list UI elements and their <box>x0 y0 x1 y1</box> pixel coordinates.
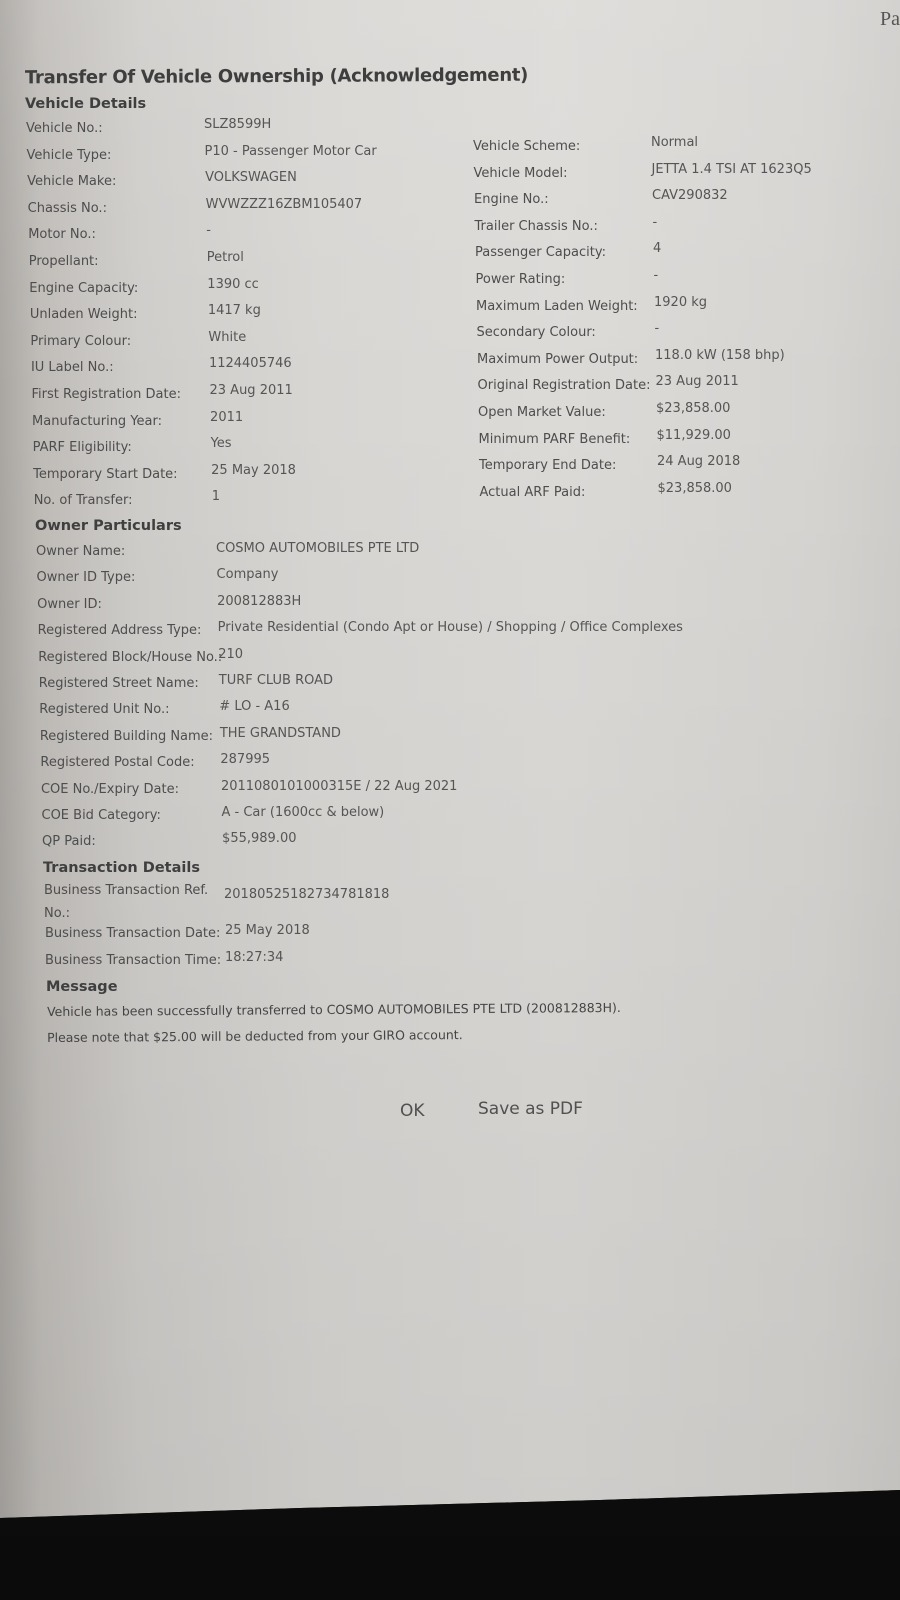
vehicle-detail-label: Primary Colour: <box>30 334 131 349</box>
vehicle-detail-label: Manufacturing Year: <box>32 414 162 429</box>
transaction-time-label: Business Transaction Time: <box>45 953 221 968</box>
vehicle-detail-label: First Registration Date: <box>32 387 181 402</box>
vehicle-detail-label: Propellant: <box>29 254 99 269</box>
vehicle-detail-label: IU Label No.: <box>31 360 114 375</box>
vehicle-detail-value: 1124405746 <box>209 356 292 371</box>
transaction-details-heading: Transaction Details <box>43 860 200 876</box>
vehicle-detail-label: Unladen Weight: <box>30 307 138 322</box>
vehicle-detail-value: 1 <box>212 489 220 504</box>
owner-detail-label: COE No./Expiry Date: <box>41 782 179 797</box>
vehicle-detail-value: Yes <box>211 436 232 451</box>
vehicle-detail-label: Vehicle No.: <box>26 121 103 136</box>
vehicle-detail-right-value: 118.0 kW (158 bhp) <box>655 348 785 363</box>
owner-detail-label: Registered Postal Code: <box>40 755 194 770</box>
transaction-date-label: Business Transaction Date: <box>45 926 220 941</box>
vehicle-detail-value: 23 Aug 2011 <box>210 383 293 398</box>
vehicle-detail-right-label: Maximum Power Output: <box>477 352 638 367</box>
vehicle-detail-right-value: 4 <box>653 241 661 256</box>
vehicle-detail-value: P10 - Passenger Motor Car <box>205 144 377 159</box>
owner-detail-value: 200812883H <box>217 594 301 609</box>
vehicle-detail-value: SLZ8599H <box>204 117 271 132</box>
vehicle-detail-right-value: CAV290832 <box>652 188 728 203</box>
vehicle-detail-label: Motor No.: <box>28 227 96 242</box>
page-corner-text: Pa <box>880 8 900 31</box>
vehicle-detail-right-value: $11,929.00 <box>657 428 731 443</box>
owner-detail-label: Registered Building Name: <box>40 729 213 744</box>
owner-detail-label: Registered Address Type: <box>38 623 202 638</box>
transaction-time-value: 18:27:34 <box>225 950 283 965</box>
printed-page <box>0 0 900 1600</box>
owner-detail-value: A - Car (1600cc & below) <box>222 805 385 820</box>
transaction-ref-value: 20180525182734781818 <box>224 887 389 902</box>
vehicle-detail-right-value: JETTA 1.4 TSI AT 1623Q5 <box>652 162 812 177</box>
vehicle-detail-label: PARF Eligibility: <box>33 440 132 455</box>
transaction-ref-label: Business Transaction Ref. <box>44 883 208 898</box>
vehicle-detail-right-label: Secondary Colour: <box>477 325 596 340</box>
vehicle-detail-right-label: Power Rating: <box>476 272 566 287</box>
owner-detail-label: Registered Block/House No.: <box>38 650 222 665</box>
ok-button[interactable]: OK <box>400 1101 425 1121</box>
vehicle-detail-right-label: Trailer Chassis No.: <box>475 219 598 234</box>
save-as-pdf-button[interactable]: Save as PDF <box>478 1099 583 1119</box>
vehicle-detail-right-label: Actual ARF Paid: <box>480 485 586 500</box>
vehicle-detail-right-label: Vehicle Scheme: <box>473 139 580 154</box>
vehicle-detail-right-value: - <box>655 321 660 336</box>
vehicle-detail-right-label: Original Registration Date: <box>478 378 651 393</box>
vehicle-detail-value: 25 May 2018 <box>211 463 296 478</box>
owner-detail-value: COSMO AUTOMOBILES PTE LTD <box>216 541 419 556</box>
owner-detail-label: Owner Name: <box>36 544 125 559</box>
vehicle-detail-right-label: Minimum PARF Benefit: <box>479 432 631 447</box>
vehicle-detail-label: Vehicle Make: <box>27 174 116 189</box>
message-line-2: Please note that $25.00 will be deducted… <box>47 1027 463 1045</box>
vehicle-detail-right-label: Vehicle Model: <box>474 166 568 181</box>
owner-detail-label: QP Paid: <box>42 834 96 849</box>
transaction-date-value: 25 May 2018 <box>225 923 310 938</box>
owner-detail-value: THE GRANDSTAND <box>220 726 341 741</box>
owner-detail-value: 2011080101000315E / 22 Aug 2021 <box>221 779 457 794</box>
owner-detail-value: 210 <box>218 647 243 662</box>
owner-detail-label: COE Bid Category: <box>42 808 161 823</box>
owner-detail-label: Registered Unit No.: <box>39 702 169 717</box>
vehicle-detail-value: Petrol <box>207 250 244 265</box>
owner-particulars-heading: Owner Particulars <box>35 518 182 534</box>
vehicle-detail-right-value: 23 Aug 2011 <box>656 374 739 389</box>
owner-detail-label: Registered Street Name: <box>39 676 199 691</box>
vehicle-detail-right-label: Maximum Laden Weight: <box>476 299 638 314</box>
vehicle-detail-right-value: - <box>654 268 659 283</box>
vehicle-detail-value: WVWZZZ16ZBM105407 <box>206 197 363 212</box>
vehicle-detail-right-value: 1920 kg <box>654 295 707 310</box>
vehicle-detail-value: White <box>208 330 246 345</box>
vehicle-detail-right-label: Open Market Value: <box>478 405 606 420</box>
owner-detail-label: Owner ID Type: <box>37 570 136 585</box>
owner-detail-label: Owner ID: <box>37 597 102 612</box>
vehicle-detail-label: Vehicle Type: <box>27 148 112 163</box>
owner-detail-value: Company <box>217 567 279 582</box>
page-title: Transfer Of Vehicle Ownership (Acknowled… <box>25 65 528 89</box>
transaction-ref-label-cont: No.: <box>44 906 70 921</box>
vehicle-detail-right-label: Engine No.: <box>474 192 549 207</box>
vehicle-detail-value: - <box>206 223 211 238</box>
vehicle-detail-label: Chassis No.: <box>28 201 107 216</box>
vehicle-detail-right-value: 24 Aug 2018 <box>657 454 740 469</box>
owner-detail-value: TURF CLUB ROAD <box>219 673 333 688</box>
owner-detail-value: 287995 <box>220 752 270 767</box>
vehicle-detail-right-label: Temporary End Date: <box>479 458 616 473</box>
vehicle-detail-right-value: - <box>653 215 658 230</box>
vehicle-detail-right-value: Normal <box>651 135 698 150</box>
vehicle-details-heading: Vehicle Details <box>25 96 146 112</box>
owner-detail-value: Private Residential (Condo Apt or House)… <box>218 620 683 635</box>
owner-detail-value: $55,989.00 <box>222 831 296 846</box>
vehicle-detail-label: No. of Transfer: <box>34 493 133 508</box>
owner-detail-value: # LO - A16 <box>219 699 289 714</box>
vehicle-detail-value: VOLKSWAGEN <box>205 170 297 185</box>
vehicle-detail-right-label: Passenger Capacity: <box>475 245 606 260</box>
vehicle-detail-right-value: $23,858.00 <box>658 481 732 496</box>
photo-frame: Pa Transfer Of Vehicle Ownership (Acknow… <box>0 0 900 1600</box>
vehicle-detail-right-value: $23,858.00 <box>656 401 730 416</box>
vehicle-detail-label: Temporary Start Date: <box>33 467 177 482</box>
message-heading: Message <box>46 979 118 995</box>
vehicle-detail-value: 1417 kg <box>208 303 261 318</box>
vehicle-detail-value: 2011 <box>210 410 243 425</box>
vehicle-detail-value: 1390 cc <box>207 277 259 292</box>
vehicle-detail-label: Engine Capacity: <box>29 281 138 296</box>
